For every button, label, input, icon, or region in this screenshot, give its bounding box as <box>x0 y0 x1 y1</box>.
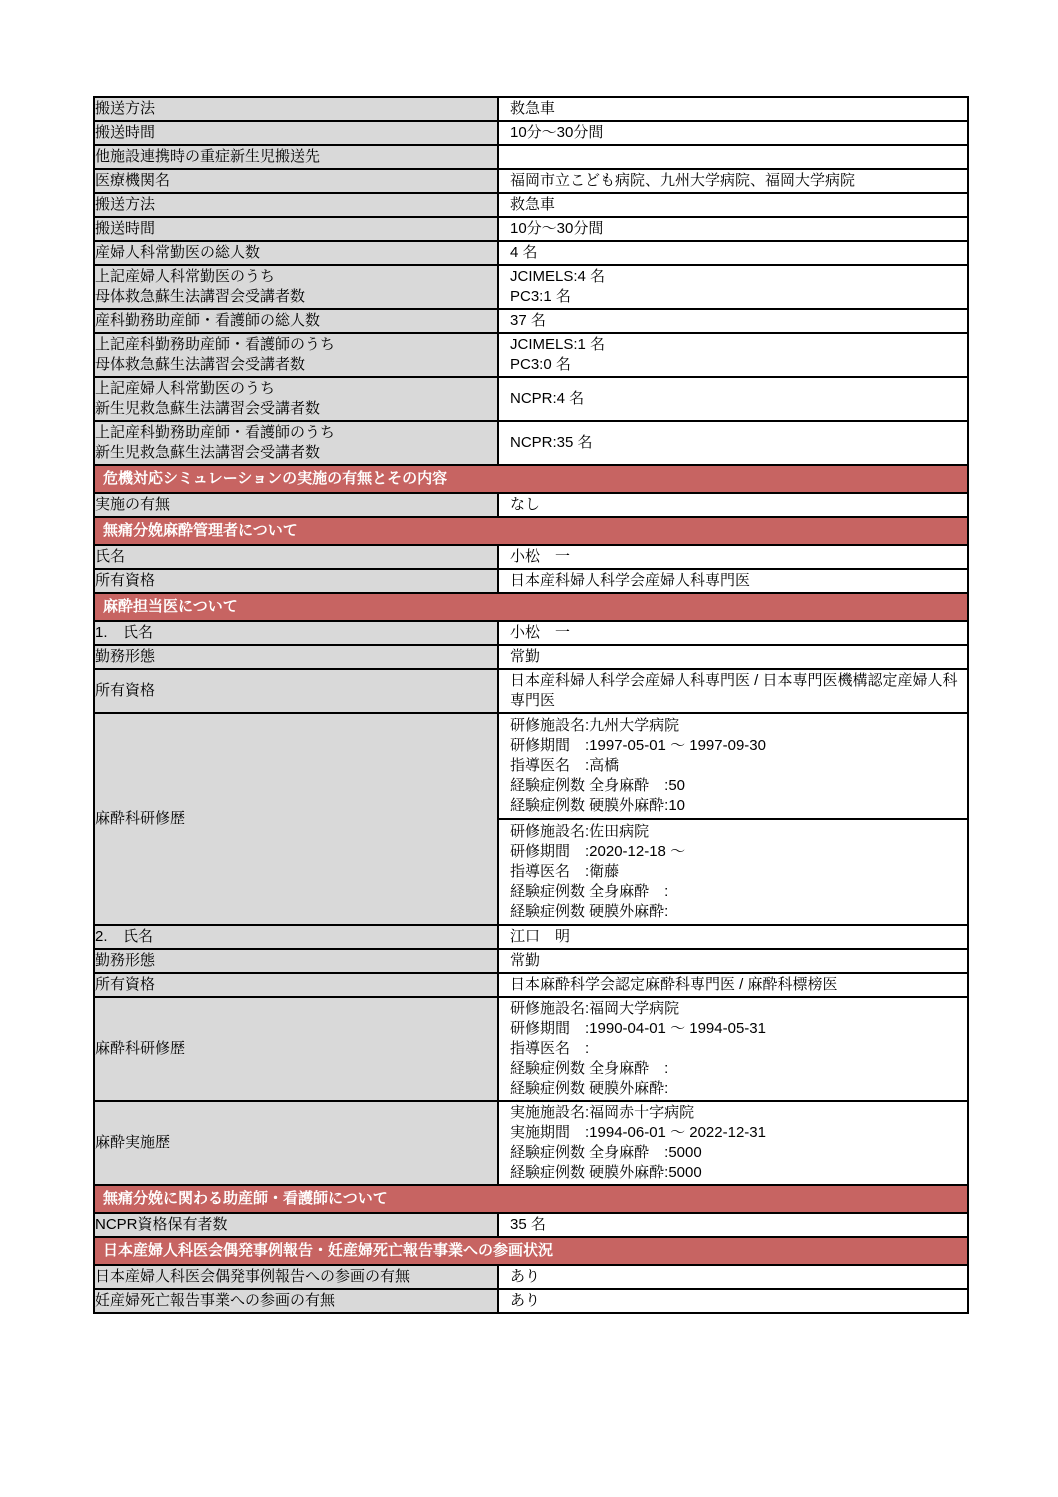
section-header: 日本産婦人科医会偶発事例報告・妊産婦死亡報告事業への参画状況 <box>94 1237 968 1265</box>
row-label: 搬送方法 <box>95 195 155 215</box>
row-value-cell: 日本産科婦人科学会産婦人科専門医 / 日本専門医機構認定産婦人科専門医 <box>498 669 968 713</box>
row-value-subcell: 研修施設名:九州大学病院 研修期間 :1997-05-01 ～ 1997-09-… <box>499 714 967 818</box>
table-row: 所有資格日本麻酔科学会認定麻酔科専門医 / 麻酔科標榜医 <box>94 973 968 997</box>
row-value-cell: あり <box>498 1289 968 1313</box>
row-value: JCIMELS:4 名 PC3:1 名 <box>499 266 967 308</box>
row-label-cell: 麻酔実施歴 <box>94 1101 498 1185</box>
row-number: 1. <box>95 623 123 643</box>
table-row: NCPR資格保有者数35 名 <box>94 1213 968 1237</box>
row-label: 医療機関名 <box>95 171 170 191</box>
section-header: 危機対応シミュレーションの実施の有無とその内容 <box>94 465 968 493</box>
row-label: 妊産婦死亡報告事業への参画の有無 <box>95 1291 335 1311</box>
row-label-cell: 搬送時間 <box>94 217 498 241</box>
row-label: 所有資格 <box>95 681 155 701</box>
row-value <box>499 156 967 158</box>
row-label-cell: 産科勤務助産師・看護師の総人数 <box>94 309 498 333</box>
facility-info-table: 搬送方法救急車搬送時間10分～30分間他施設連携時の重症新生児搬送先医療機関名福… <box>93 96 969 1314</box>
row-value-cell: 実施施設名:福岡赤十字病院 実施期間 :1994-06-01 ～ 2022-12… <box>498 1101 968 1185</box>
row-label-cell: 氏名 <box>94 545 498 569</box>
row-label: 氏名 <box>123 927 153 947</box>
row-value-cell: 救急車 <box>498 193 968 217</box>
row-value: 研修施設名:福岡大学病院 研修期間 :1990-04-01 ～ 1994-05-… <box>499 998 967 1100</box>
table-row: 1.氏名小松 一 <box>94 621 968 645</box>
facility-table-body: 搬送方法救急車搬送時間10分～30分間他施設連携時の重症新生児搬送先医療機関名福… <box>94 97 968 1313</box>
row-value-cell: 救急車 <box>498 97 968 121</box>
row-value-cell: 常勤 <box>498 645 968 669</box>
row-label-cell: NCPR資格保有者数 <box>94 1213 498 1237</box>
row-value: あり <box>499 1290 967 1312</box>
row-label: 搬送時間 <box>95 123 155 143</box>
section-header-row: 危機対応シミュレーションの実施の有無とその内容 <box>94 465 968 493</box>
row-value-cell: あり <box>498 1265 968 1289</box>
row-label: NCPR資格保有者数 <box>95 1215 228 1235</box>
row-label-cell: 2.氏名 <box>94 925 498 949</box>
row-value: 37 名 <box>499 310 967 332</box>
table-row: 搬送方法救急車 <box>94 97 968 121</box>
table-row: 所有資格日本産科婦人科学会産婦人科専門医 / 日本専門医機構認定産婦人科専門医 <box>94 669 968 713</box>
section-header: 無痛分娩麻酔管理者について <box>94 517 968 545</box>
row-value: 福岡市立こども病院、九州大学病院、福岡大学病院 <box>499 170 967 192</box>
row-value: 常勤 <box>499 646 967 668</box>
row-label-cell: 搬送方法 <box>94 193 498 217</box>
table-row: 搬送時間10分～30分間 <box>94 121 968 145</box>
row-label-cell: 1.氏名 <box>94 621 498 645</box>
row-value: 日本産科婦人科学会産婦人科専門医 <box>499 570 967 592</box>
table-row: 他施設連携時の重症新生児搬送先 <box>94 145 968 169</box>
section-header: 麻酔担当医について <box>94 593 968 621</box>
document-page: 搬送方法救急車搬送時間10分～30分間他施設連携時の重症新生児搬送先医療機関名福… <box>0 0 1058 1497</box>
section-header: 無痛分娩に関わる助産師・看護師について <box>94 1185 968 1213</box>
row-value: JCIMELS:1 名 PC3:0 名 <box>499 334 967 376</box>
row-label: 麻酔科研修歴 <box>95 809 185 829</box>
table-row: 所有資格日本産科婦人科学会産婦人科専門医 <box>94 569 968 593</box>
section-header-row: 日本産婦人科医会偶発事例報告・妊産婦死亡報告事業への参画状況 <box>94 1237 968 1265</box>
row-value: 実施施設名:福岡赤十字病院 実施期間 :1994-06-01 ～ 2022-12… <box>499 1102 967 1184</box>
table-row: 産婦人科常勤医の総人数4 名 <box>94 241 968 265</box>
row-value-cell: なし <box>498 493 968 517</box>
table-row: 上記産婦人科常勤医のうち 母体救急蘇生法講習会受講者数JCIMELS:4 名 P… <box>94 265 968 309</box>
row-value: 江口 明 <box>499 926 967 948</box>
row-label: 所有資格 <box>95 571 155 591</box>
row-value: 日本麻酔科学会認定麻酔科専門医 / 麻酔科標榜医 <box>499 974 967 996</box>
row-value: 10分～30分間 <box>499 218 967 240</box>
row-label-cell: 勤務形態 <box>94 645 498 669</box>
row-label-cell: 麻酔科研修歴 <box>94 713 498 925</box>
row-value-cell: 37 名 <box>498 309 968 333</box>
row-label: 他施設連携時の重症新生児搬送先 <box>95 147 320 167</box>
row-value: 35 名 <box>499 1214 967 1236</box>
row-label: 産婦人科常勤医の総人数 <box>95 243 260 263</box>
row-value: NCPR:4 名 <box>499 388 967 410</box>
row-label-cell: 上記産婦人科常勤医のうち 母体救急蘇生法講習会受講者数 <box>94 265 498 309</box>
row-value: 救急車 <box>499 98 967 120</box>
row-label: 上記産婦人科常勤医のうち 新生児救急蘇生法講習会受講者数 <box>95 379 320 419</box>
row-label: 氏名 <box>95 547 125 567</box>
row-value: 小松 一 <box>499 546 967 568</box>
row-label-cell: 上記産科勤務助産師・看護師のうち 母体救急蘇生法講習会受講者数 <box>94 333 498 377</box>
row-label-cell: 医療機関名 <box>94 169 498 193</box>
table-row: 日本産婦人科医会偶発事例報告への参画の有無あり <box>94 1265 968 1289</box>
row-label-cell: 搬送方法 <box>94 97 498 121</box>
row-label-cell: 上記産科勤務助産師・看護師のうち 新生児救急蘇生法講習会受講者数 <box>94 421 498 465</box>
table-row: 2.氏名江口 明 <box>94 925 968 949</box>
row-number: 2. <box>95 927 123 947</box>
row-label: 上記産科勤務助産師・看護師のうち 母体救急蘇生法講習会受講者数 <box>95 335 335 375</box>
section-header-row: 無痛分娩麻酔管理者について <box>94 517 968 545</box>
row-label: 搬送方法 <box>95 99 155 119</box>
row-label: 搬送時間 <box>95 219 155 239</box>
row-value: 小松 一 <box>499 622 967 644</box>
row-label: 所有資格 <box>95 975 155 995</box>
row-value-cell: 研修施設名:九州大学病院 研修期間 :1997-05-01 ～ 1997-09-… <box>498 713 968 925</box>
row-label: 産科勤務助産師・看護師の総人数 <box>95 311 320 331</box>
row-label: 勤務形態 <box>95 951 155 971</box>
table-row: 搬送方法救急車 <box>94 193 968 217</box>
table-row: 勤務形態常勤 <box>94 949 968 973</box>
row-value-cell: JCIMELS:1 名 PC3:0 名 <box>498 333 968 377</box>
row-value-cell: 日本麻酔科学会認定麻酔科専門医 / 麻酔科標榜医 <box>498 973 968 997</box>
row-value: NCPR:35 名 <box>499 432 967 454</box>
row-label-cell: 妊産婦死亡報告事業への参画の有無 <box>94 1289 498 1313</box>
row-label-cell: 実施の有無 <box>94 493 498 517</box>
section-header-row: 麻酔担当医について <box>94 593 968 621</box>
row-value-cell: JCIMELS:4 名 PC3:1 名 <box>498 265 968 309</box>
row-value-cell: 10分～30分間 <box>498 121 968 145</box>
row-label-cell: 所有資格 <box>94 973 498 997</box>
section-header-row: 無痛分娩に関わる助産師・看護師について <box>94 1185 968 1213</box>
table-row: 麻酔実施歴実施施設名:福岡赤十字病院 実施期間 :1994-06-01 ～ 20… <box>94 1101 968 1185</box>
row-label-cell: 麻酔科研修歴 <box>94 997 498 1101</box>
row-value-cell: 小松 一 <box>498 621 968 645</box>
row-value: あり <box>499 1266 967 1288</box>
row-value-cell: 江口 明 <box>498 925 968 949</box>
row-label-cell: 搬送時間 <box>94 121 498 145</box>
row-label: 日本産婦人科医会偶発事例報告への参画の有無 <box>95 1267 410 1287</box>
row-label-cell: 産婦人科常勤医の総人数 <box>94 241 498 265</box>
row-value-cell: 小松 一 <box>498 545 968 569</box>
row-label-cell: 所有資格 <box>94 569 498 593</box>
row-label-cell: 上記産婦人科常勤医のうち 新生児救急蘇生法講習会受講者数 <box>94 377 498 421</box>
table-row: 産科勤務助産師・看護師の総人数37 名 <box>94 309 968 333</box>
row-label-cell: 所有資格 <box>94 669 498 713</box>
row-label: 上記産科勤務助産師・看護師のうち 新生児救急蘇生法講習会受講者数 <box>95 423 335 463</box>
table-row: 上記産科勤務助産師・看護師のうち 母体救急蘇生法講習会受講者数JCIMELS:1… <box>94 333 968 377</box>
row-value-cell: 研修施設名:福岡大学病院 研修期間 :1990-04-01 ～ 1994-05-… <box>498 997 968 1101</box>
row-value-cell: 35 名 <box>498 1213 968 1237</box>
table-row: 妊産婦死亡報告事業への参画の有無あり <box>94 1289 968 1313</box>
table-row: 上記産婦人科常勤医のうち 新生児救急蘇生法講習会受講者数NCPR:4 名 <box>94 377 968 421</box>
row-value: 4 名 <box>499 242 967 264</box>
row-value: 救急車 <box>499 194 967 216</box>
row-label: 麻酔実施歴 <box>95 1133 170 1153</box>
row-label-cell: 他施設連携時の重症新生児搬送先 <box>94 145 498 169</box>
table-row: 麻酔科研修歴研修施設名:福岡大学病院 研修期間 :1990-04-01 ～ 19… <box>94 997 968 1101</box>
row-label-cell: 勤務形態 <box>94 949 498 973</box>
table-row: 上記産科勤務助産師・看護師のうち 新生児救急蘇生法講習会受講者数NCPR:35 … <box>94 421 968 465</box>
row-value: なし <box>499 494 967 516</box>
row-value-cell: NCPR:35 名 <box>498 421 968 465</box>
row-value: 日本産科婦人科学会産婦人科専門医 / 日本専門医機構認定産婦人科専門医 <box>499 670 967 712</box>
table-row: 実施の有無なし <box>94 493 968 517</box>
table-row: 勤務形態常勤 <box>94 645 968 669</box>
row-value-subcell: 研修施設名:佐田病院 研修期間 :2020-12-18 ～ 指導医名 :衛藤 経… <box>499 818 967 924</box>
row-value-cell: 福岡市立こども病院、九州大学病院、福岡大学病院 <box>498 169 968 193</box>
row-label: 勤務形態 <box>95 647 155 667</box>
row-value-cell: 日本産科婦人科学会産婦人科専門医 <box>498 569 968 593</box>
table-row: 氏名小松 一 <box>94 545 968 569</box>
table-row: 麻酔科研修歴研修施設名:九州大学病院 研修期間 :1997-05-01 ～ 19… <box>94 713 968 925</box>
row-value: 10分～30分間 <box>499 122 967 144</box>
row-label: 実施の有無 <box>95 495 170 515</box>
row-value-cell: 常勤 <box>498 949 968 973</box>
row-label: 麻酔科研修歴 <box>95 1039 185 1059</box>
row-label: 上記産婦人科常勤医のうち 母体救急蘇生法講習会受講者数 <box>95 267 305 307</box>
row-value-cell: 10分～30分間 <box>498 217 968 241</box>
row-value-cell: 4 名 <box>498 241 968 265</box>
row-label-cell: 日本産婦人科医会偶発事例報告への参画の有無 <box>94 1265 498 1289</box>
table-row: 医療機関名福岡市立こども病院、九州大学病院、福岡大学病院 <box>94 169 968 193</box>
table-row: 搬送時間10分～30分間 <box>94 217 968 241</box>
row-label: 氏名 <box>123 623 153 643</box>
row-value-cell <box>498 145 968 169</box>
row-value: 常勤 <box>499 950 967 972</box>
row-value-cell: NCPR:4 名 <box>498 377 968 421</box>
